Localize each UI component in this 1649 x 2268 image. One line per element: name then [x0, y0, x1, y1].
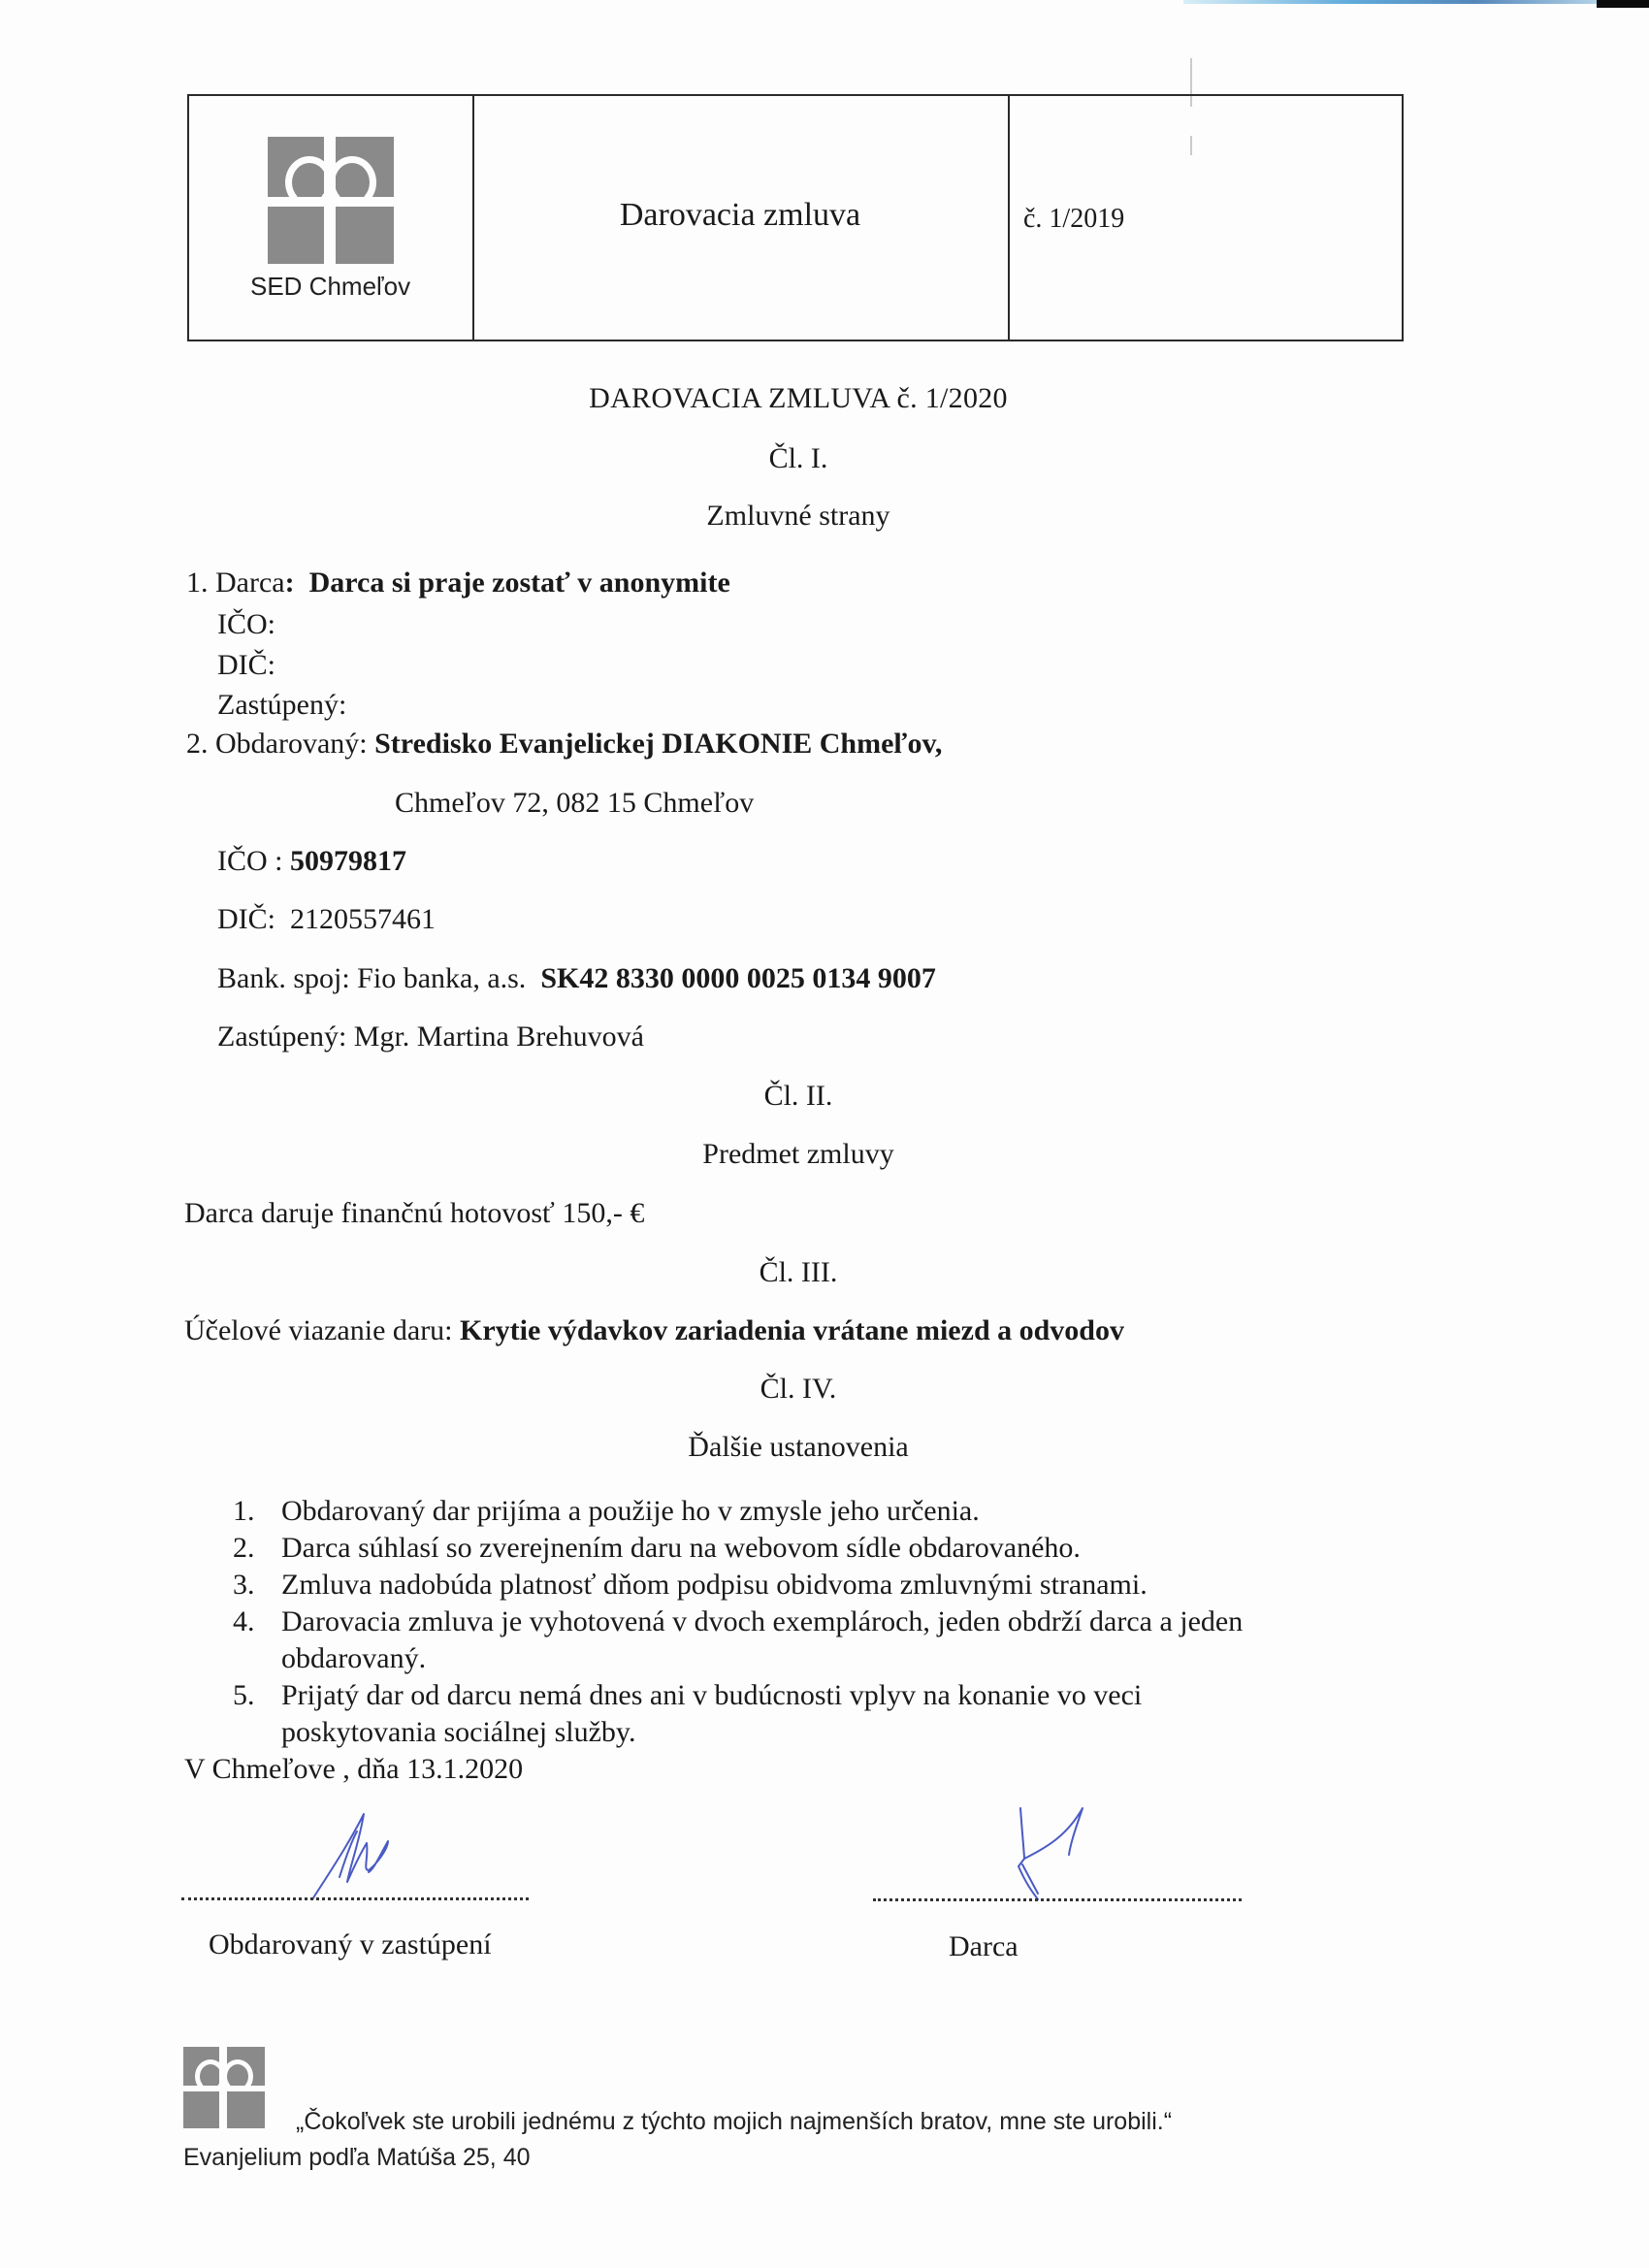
place-and-date: V Chmeľove , dňa 13.1.2020: [184, 1753, 523, 1786]
provision-number: 3.: [233, 1569, 255, 1602]
recipient-signature-label: Obdarovaný v zastúpení: [209, 1928, 492, 1961]
donor-line: 1. Darca: Darca si praje zostať v anonym…: [186, 567, 730, 599]
purpose-line: Účelové viazanie daru: Krytie výdavkov z…: [184, 1314, 1124, 1347]
recipient-dic: DIČ: 2120557461: [217, 903, 436, 936]
document-number: č. 1/2019: [1023, 204, 1124, 235]
recipient-bank-label: Bank. spoj: Fio banka, a.s.: [217, 962, 526, 994]
provision-text: Darca súhlasí so zverejnením daru na web…: [281, 1532, 1081, 1565]
footer-logo-icon: [183, 2047, 265, 2128]
article-1-heading: Čl. I.: [0, 442, 1597, 475]
scan-edge-artifact: [1183, 0, 1600, 4]
recipient-dic-label: DIČ:: [217, 903, 275, 935]
article-1-subheading: Zmluvné strany: [0, 500, 1597, 533]
donor-dic-label: DIČ:: [217, 649, 275, 682]
provision-text: Obdarovaný dar prijíma a použije ho v zm…: [281, 1495, 980, 1528]
provision-text: obdarovaný.: [281, 1642, 426, 1675]
donor-label: 1. Darca: [186, 567, 285, 599]
scan-corner-artifact: [1597, 0, 1649, 8]
recipient-iban: SK42 8330 0000 0025 0134 9007: [540, 962, 936, 994]
recipient-dic-value: 2120557461: [290, 903, 436, 935]
recipient-bank: Bank. spoj: Fio banka, a.s. SK42 8330 00…: [217, 962, 936, 995]
recipient-label: 2. Obdarovaný:: [186, 728, 374, 760]
document-type-title: Darovacia zmluva: [472, 197, 1008, 234]
article-4-subheading: Ďalšie ustanovenia: [0, 1431, 1597, 1464]
recipient-ico-label: IČO :: [217, 845, 290, 877]
recipient-ico: IČO : 50979817: [217, 845, 406, 878]
sed-logo-icon: [268, 137, 394, 264]
recipient-name: Stredisko Evanjelickej DIAKONIE Chmeľov,: [374, 728, 942, 760]
footer-quote: „Čokoľvek ste urobili jednému z týchto m…: [296, 2108, 1172, 2136]
donation-amount-text: Darca daruje finančnú hotovosť 150,- €: [184, 1197, 644, 1230]
recipient-address: Chmeľov 72, 082 15 Chmeľov: [395, 787, 754, 820]
header-divider: [1008, 96, 1010, 340]
donor-representative-label: Zastúpený:: [217, 689, 346, 722]
provision-number: 1.: [233, 1495, 255, 1528]
provision-number: 2.: [233, 1532, 255, 1565]
recipient-line: 2. Obdarovaný: Stredisko Evanjelickej DI…: [186, 728, 942, 761]
footer-quote-source: Evanjelium podľa Matúša 25, 40: [183, 2144, 531, 2172]
recipient-signature-line: [181, 1897, 529, 1900]
contract-title: DAROVACIA ZMLUVA č. 1/2020: [0, 382, 1597, 415]
article-4-heading: Čl. IV.: [0, 1373, 1597, 1406]
donor-signature-label: Darca: [949, 1930, 1018, 1963]
org-name: SED Chmeľov: [250, 272, 410, 302]
provision-text: Zmluva nadobúda platnosť dňom podpisu ob…: [281, 1569, 1148, 1602]
provision-text: Darovacia zmluva je vyhotovená v dvoch e…: [281, 1605, 1243, 1638]
article-2-heading: Čl. II.: [0, 1080, 1597, 1113]
donor-value: Darca si praje zostať v anonymite: [309, 567, 730, 599]
provision-number: 5.: [233, 1679, 255, 1712]
recipient-signature: [291, 1804, 446, 1911]
article-3-heading: Čl. III.: [0, 1256, 1597, 1289]
provision-number: 4.: [233, 1605, 255, 1638]
provision-text: Prijatý dar od darcu nemá dnes ani v bud…: [281, 1679, 1142, 1712]
purpose-value: Krytie výdavkov zariadenia vrátane miezd…: [460, 1314, 1124, 1346]
donor-signature: [1009, 1806, 1115, 1903]
recipient-representative: Zastúpený: Mgr. Martina Brehuvová: [217, 1021, 644, 1053]
provision-text: poskytovania sociálnej služby.: [281, 1716, 635, 1749]
article-2-subheading: Predmet zmluvy: [0, 1138, 1597, 1171]
donor-ico-label: IČO:: [217, 608, 275, 641]
donor-signature-line: [873, 1898, 1242, 1901]
donor-colon: :: [285, 567, 295, 599]
purpose-label: Účelové viazanie daru:: [184, 1314, 460, 1346]
recipient-ico-value: 50979817: [290, 845, 406, 877]
